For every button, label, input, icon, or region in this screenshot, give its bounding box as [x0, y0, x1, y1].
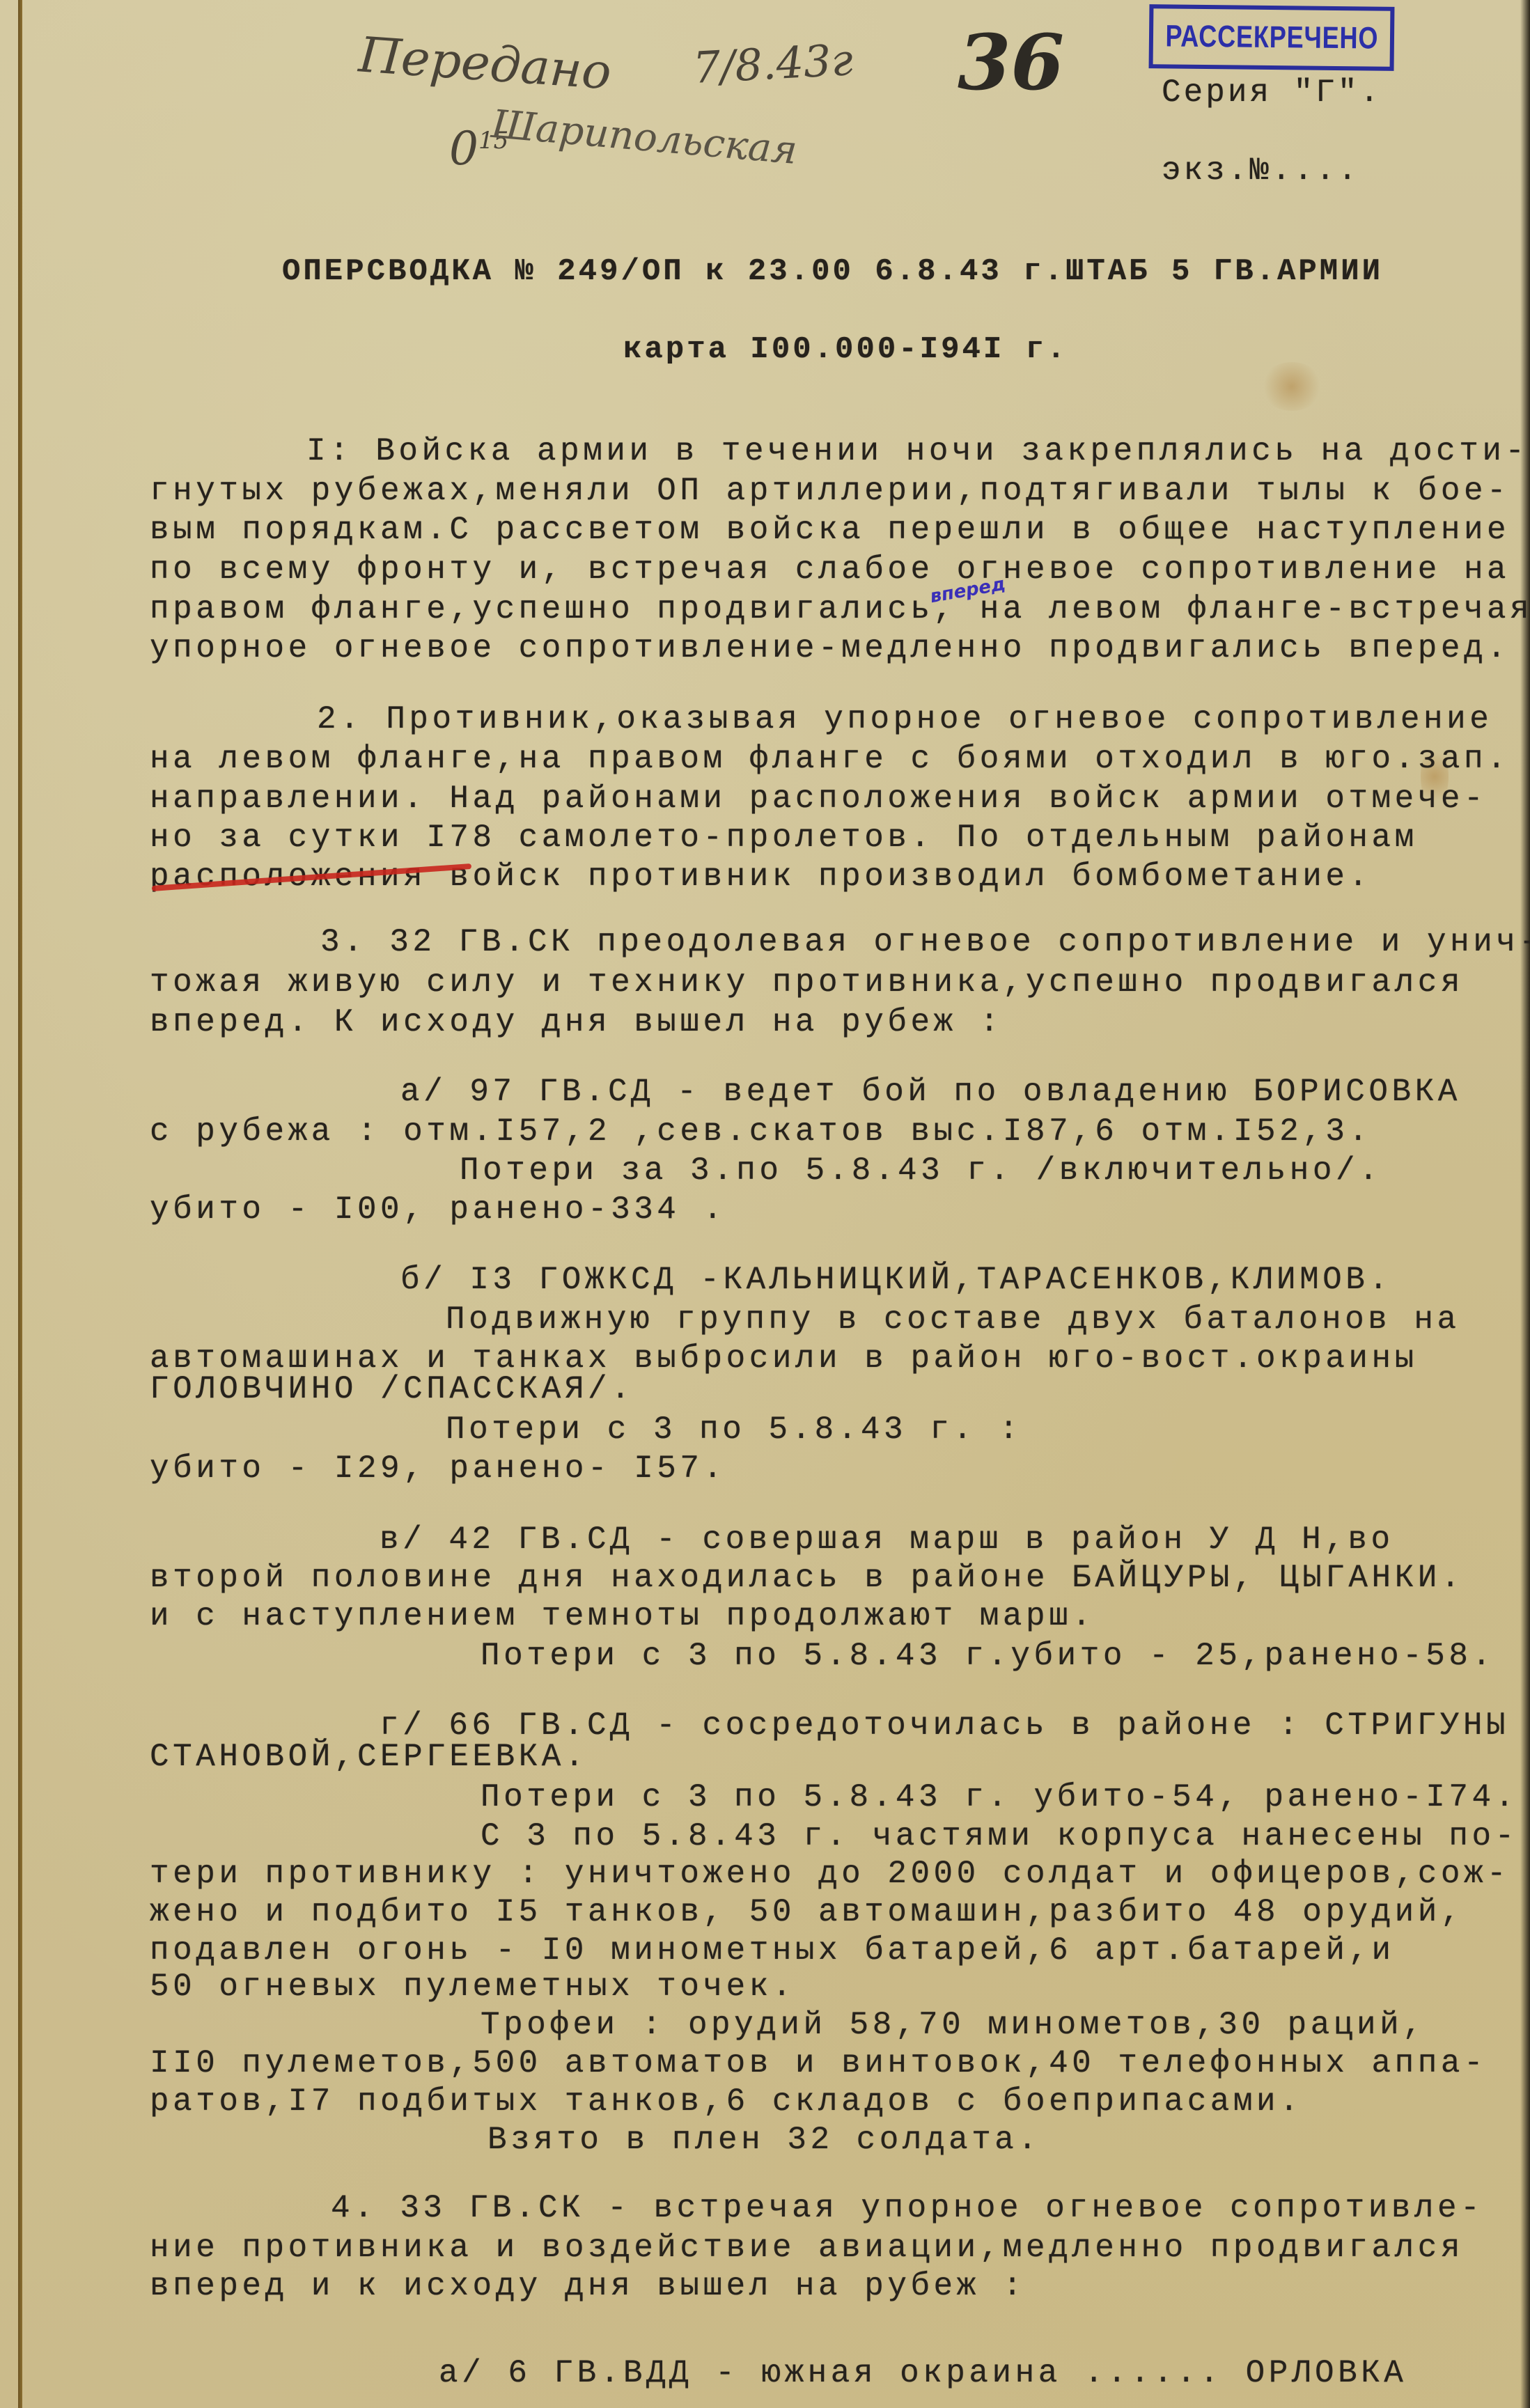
p3g-line-1: г/ 66 ГВ.СД - сосредоточилась в районе :…	[380, 1710, 1509, 1742]
handwritten-transferred: Передано	[357, 26, 614, 100]
p3a-line-2: с рубежа : отм.I57,2 ,сев.скатов выс.I87…	[150, 1116, 1372, 1148]
p3a-line-4: убито - I00, ранено-334 .	[150, 1194, 726, 1226]
p3b-line-4: ГОЛОВЧИНО /СПАССКАЯ/.	[150, 1373, 634, 1405]
p1-line-2: гнутых рубежах,меняли ОП артиллерии,подт…	[150, 475, 1510, 507]
copy-number-label: экз.№....	[1162, 155, 1359, 187]
p3v-line-3: и с наступлением темноты продолжают марш…	[150, 1600, 1095, 1632]
p2-line-4: но за сутки I78 самолето-пролетов. По от…	[150, 822, 1418, 854]
p3g-line-6: жено и подбито I5 танков, 50 автомашин,р…	[150, 1896, 1464, 1928]
handwritten-recipient: Шарипольская	[490, 102, 799, 173]
p3g-line-11: ратов,I7 подбитых танков,6 складов с бое…	[150, 2086, 1302, 2118]
p3-line-2: тожая живую силу и технику противника,ус…	[150, 967, 1464, 999]
stamp-label: РАССЕКРЕЧЕНО	[1165, 19, 1378, 56]
page-edge-shadow	[1520, 0, 1530, 2408]
p2-line-1: 2. Противник,оказывая упорное огневое со…	[317, 703, 1492, 735]
p2-line-3: направлении. Над районами расположения в…	[150, 783, 1487, 815]
handwritten-date: 7/8.43г	[692, 34, 854, 93]
p1-line-6: упорное огневое сопротивление-медленно п…	[150, 632, 1510, 664]
p3g-line-4: С 3 по 5.8.43 г. частями корпуса нанесен…	[481, 1820, 1518, 1852]
p3b-line-6: убито - I29, ранено- I57.	[150, 1453, 726, 1485]
p3-line-3: вперед. К исходу дня вышел на рубеж :	[150, 1006, 1003, 1038]
p4a-line-1: а/ 6 ГВ.ВДД - южная окраина ...... ОРЛОВ…	[439, 2357, 1407, 2389]
p1-line-5: правом фланге,успешно продвигались, на л…	[150, 593, 1530, 625]
p3g-line-7: подавлен огонь - I0 минометных батарей,6…	[150, 1934, 1395, 1967]
handwritten-page-number: 36	[958, 17, 1064, 107]
p1-line-1: I: Войска армии в течении ночи закреплял…	[306, 435, 1529, 467]
series-label: Серия "Г".	[1162, 77, 1382, 109]
p3v-line-4: Потери с 3 по 5.8.43 г.убито - 25,ранено…	[481, 1640, 1495, 1672]
p3a-line-3: Потери за 3.по 5.8.43 г. /включительно/.	[460, 1155, 1382, 1187]
p3g-line-10: II0 пулеметов,500 автоматов и винтовок,4…	[150, 2047, 1487, 2079]
declassified-stamp: РАССЕКРЕЧЕНО	[1149, 4, 1395, 71]
p3-line-1: 3. 32 ГВ.СК преодолевая огневое сопротив…	[320, 926, 1530, 958]
paper-stain	[1260, 362, 1323, 411]
p4-line-1: 4. 33 ГВ.СК - встречая упорное огневое с…	[331, 2192, 1483, 2224]
p3b-line-5: Потери с 3 по 5.8.43 г. :	[446, 1414, 1022, 1446]
p3v-line-1: в/ 42 ГВ.СД - совершая марш в район У Д …	[380, 1524, 1394, 1556]
p3v-line-2: второй половине дня находилась в районе …	[150, 1562, 1464, 1594]
p4-line-2: ние противника и воздействие авиации,мед…	[150, 2232, 1464, 2264]
p4-line-3: вперед и к исходу дня вышел на рубеж :	[150, 2270, 1026, 2302]
p3g-line-9: Трофеи : орудий 58,70 минометов,30 раций…	[481, 2009, 1426, 2041]
p3b-line-2: Подвижную группу в составе двух баталоно…	[446, 1304, 1460, 1336]
p3g-line-8: 50 огневых пулеметных точек.	[150, 1971, 795, 2003]
p3a-line-1: а/ 97 ГВ.СД - ведет бой по овладению БОР…	[400, 1076, 1461, 1108]
p1-line-3: вым порядкам.С рассветом войска перешли …	[150, 514, 1510, 546]
p3g-line-3: Потери с 3 по 5.8.43 г. убито-54, ранено…	[481, 1781, 1518, 1813]
binder-edge	[18, 0, 22, 2408]
p3g-line-12: Взято в плен 32 солдата.	[487, 2124, 1041, 2156]
p3b-line-3: автомашинах и танках выбросили в район ю…	[150, 1343, 1418, 1375]
p3b-line-1: б/ I3 ГОЖКСД -КАЛЬНИЦКИЙ,ТАРАСЕНКОВ,КЛИМ…	[400, 1264, 1392, 1296]
p1-line-4: по всему фронту и, встречая слабое огнев…	[150, 554, 1510, 586]
p3g-line-5: тери противнику : уничтожено до 2000 сол…	[150, 1858, 1510, 1890]
p3g-line-2: СТАНОВОЙ,СЕРГЕЕВКА.	[150, 1741, 588, 1773]
map-reference: карта I00.000-I94I г.	[623, 334, 1068, 365]
document-title: ОПЕРСВОДКА № 249/ОП к 23.00 6.8.43 г.ШТА…	[282, 256, 1383, 287]
p2-line-2: на левом фланге,на правом фланге с боями…	[150, 743, 1510, 775]
